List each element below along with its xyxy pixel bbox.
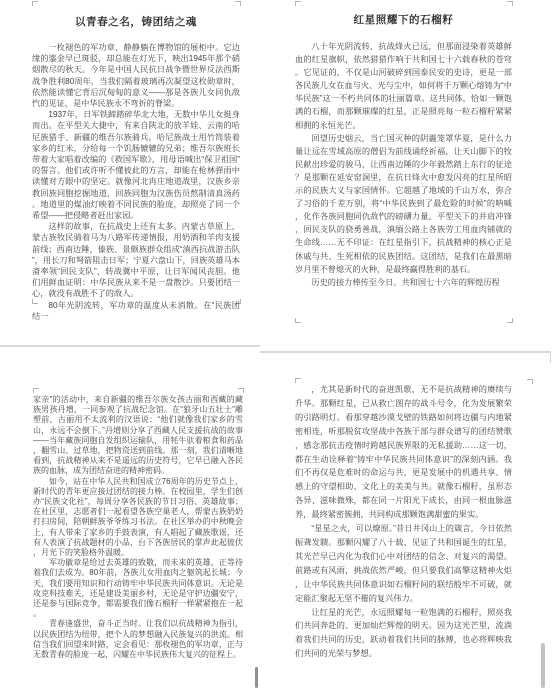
paragraph: 回望历史烟云，当亡国灭种的阴霾笼罩华夏，是什么力量让远在雪域高原的僧侣为前线诵经… [295, 132, 512, 276]
paragraph: “星星之火，可以燎原。”昔日井冈山上的箴言，今日依然振聋发聩。那颗闪耀了八十载、… [295, 522, 512, 605]
page-body: 家亲”的活动中，来自新疆的维吾尔族女孩古丽和西藏的藏族男孩丹增，一同参观了抗战纪… [33, 395, 243, 660]
paragraph: 军功徽章是给过去英雄的致敬，而未来的英雄，正等待着我们去成为。80年前，各族儿女… [33, 558, 243, 619]
text-boundary-mark [295, 318, 301, 323]
text-boundary-mark [32, 1, 38, 6]
paragraph: 1937年，日军铁蹄踏碎华北大地，无数中华儿女挺身而出。在平型关大捷中，有来自陕… [32, 109, 240, 221]
paragraph: 八十年光阴流转，抗战烽火已远，但那面浸染着英雄鲜血的红星旗帜，依然猎猎作响于共和… [295, 40, 512, 132]
document-title: 红星照耀下的石榴籽 [295, 12, 512, 27]
paragraph: 让红星的光芒，永远照耀每一粒饱满的石榴籽，照亮我们共同奔赴的、更加灿烂辉煌的明天… [295, 606, 512, 662]
text-boundary-mark [507, 318, 513, 323]
paragraph: 80年光阴流转，军功章的温度从未消散。在“民族团结一 [32, 300, 240, 322]
text-boundary-mark [507, 1, 513, 6]
page-body: 一枚褪色的军功章，静静躺在博物馆的展柜中。它边缘的鎏金早已斑驳，却总能在灯光下，… [32, 42, 240, 322]
paragraph: ，尤其是新时代的奋进凯歌，无不是抗战精神的赓续与升华。那颗红星，已从救亡图存的战… [295, 383, 512, 522]
page-body: ，尤其是新时代的奋进凯歌，无不是抗战精神的赓续与升华。那颗红星，已从救亡图存的战… [295, 383, 512, 661]
document-workspace: 以青春之名，铸团结之魂 一枚褪色的军功章，静静躺在博物馆的展柜中。它边缘的鎏金早… [0, 0, 554, 688]
page-gap-line [0, 345, 260, 347]
paragraph: 历史的接力棒传至今日。共和国七十六年的辉煌历程 [295, 276, 512, 289]
paragraph: 一枚褪色的军功章，静静躺在博物馆的展柜中。它边缘的鎏金早已斑驳，却总能在灯光下，… [32, 42, 240, 109]
text-boundary-mark [33, 388, 39, 393]
right-pane-scrollbar-thumb[interactable] [541, 643, 545, 688]
page-body: 八十年光阴流转，抗战烽火已远，但那面浸染着英雄鲜血的红星旗帜，依然猎猎作响于共和… [295, 40, 512, 289]
text-boundary-mark [238, 388, 244, 393]
right-document-pane: 红星照耀下的石榴籽 八十年光阴流转，抗战烽火已远，但那面浸染着英雄鲜血的红星旗帜… [260, 0, 554, 688]
left-pane-scrollbar-thumb[interactable] [255, 667, 258, 688]
text-boundary-mark [295, 1, 301, 6]
text-boundary-mark [235, 1, 241, 6]
text-boundary-mark [527, 379, 533, 384]
document-title: 以青春之名，铸团结之魂 [32, 14, 240, 29]
paragraph: 如今，站在中华人民共和国成立76周年的历史节点上，新时代的青年更应接过团结的接力… [33, 477, 243, 559]
page-gap-line [260, 351, 551, 353]
page-edge [550, 353, 551, 363]
left-document-pane: 以青春之名，铸团结之魂 一枚褪色的军功章，静静躺在博物馆的展柜中。它边缘的鎏金早… [0, 0, 260, 688]
paragraph: 青春逢盛世，奋斗正当时。让我们以抗战精神为指引，以民族团结为纽带，把个人的梦想融… [33, 619, 243, 660]
paragraph: 家亲”的活动中，来自新疆的维吾尔族女孩古丽和西藏的藏族男孩丹增，一同参观了抗战纪… [33, 395, 243, 477]
paragraph: 这样的故事，在抗战史上还有太多。内蒙古草原上，蒙古族牧民骑着马为八路军传递情报，… [32, 221, 240, 299]
